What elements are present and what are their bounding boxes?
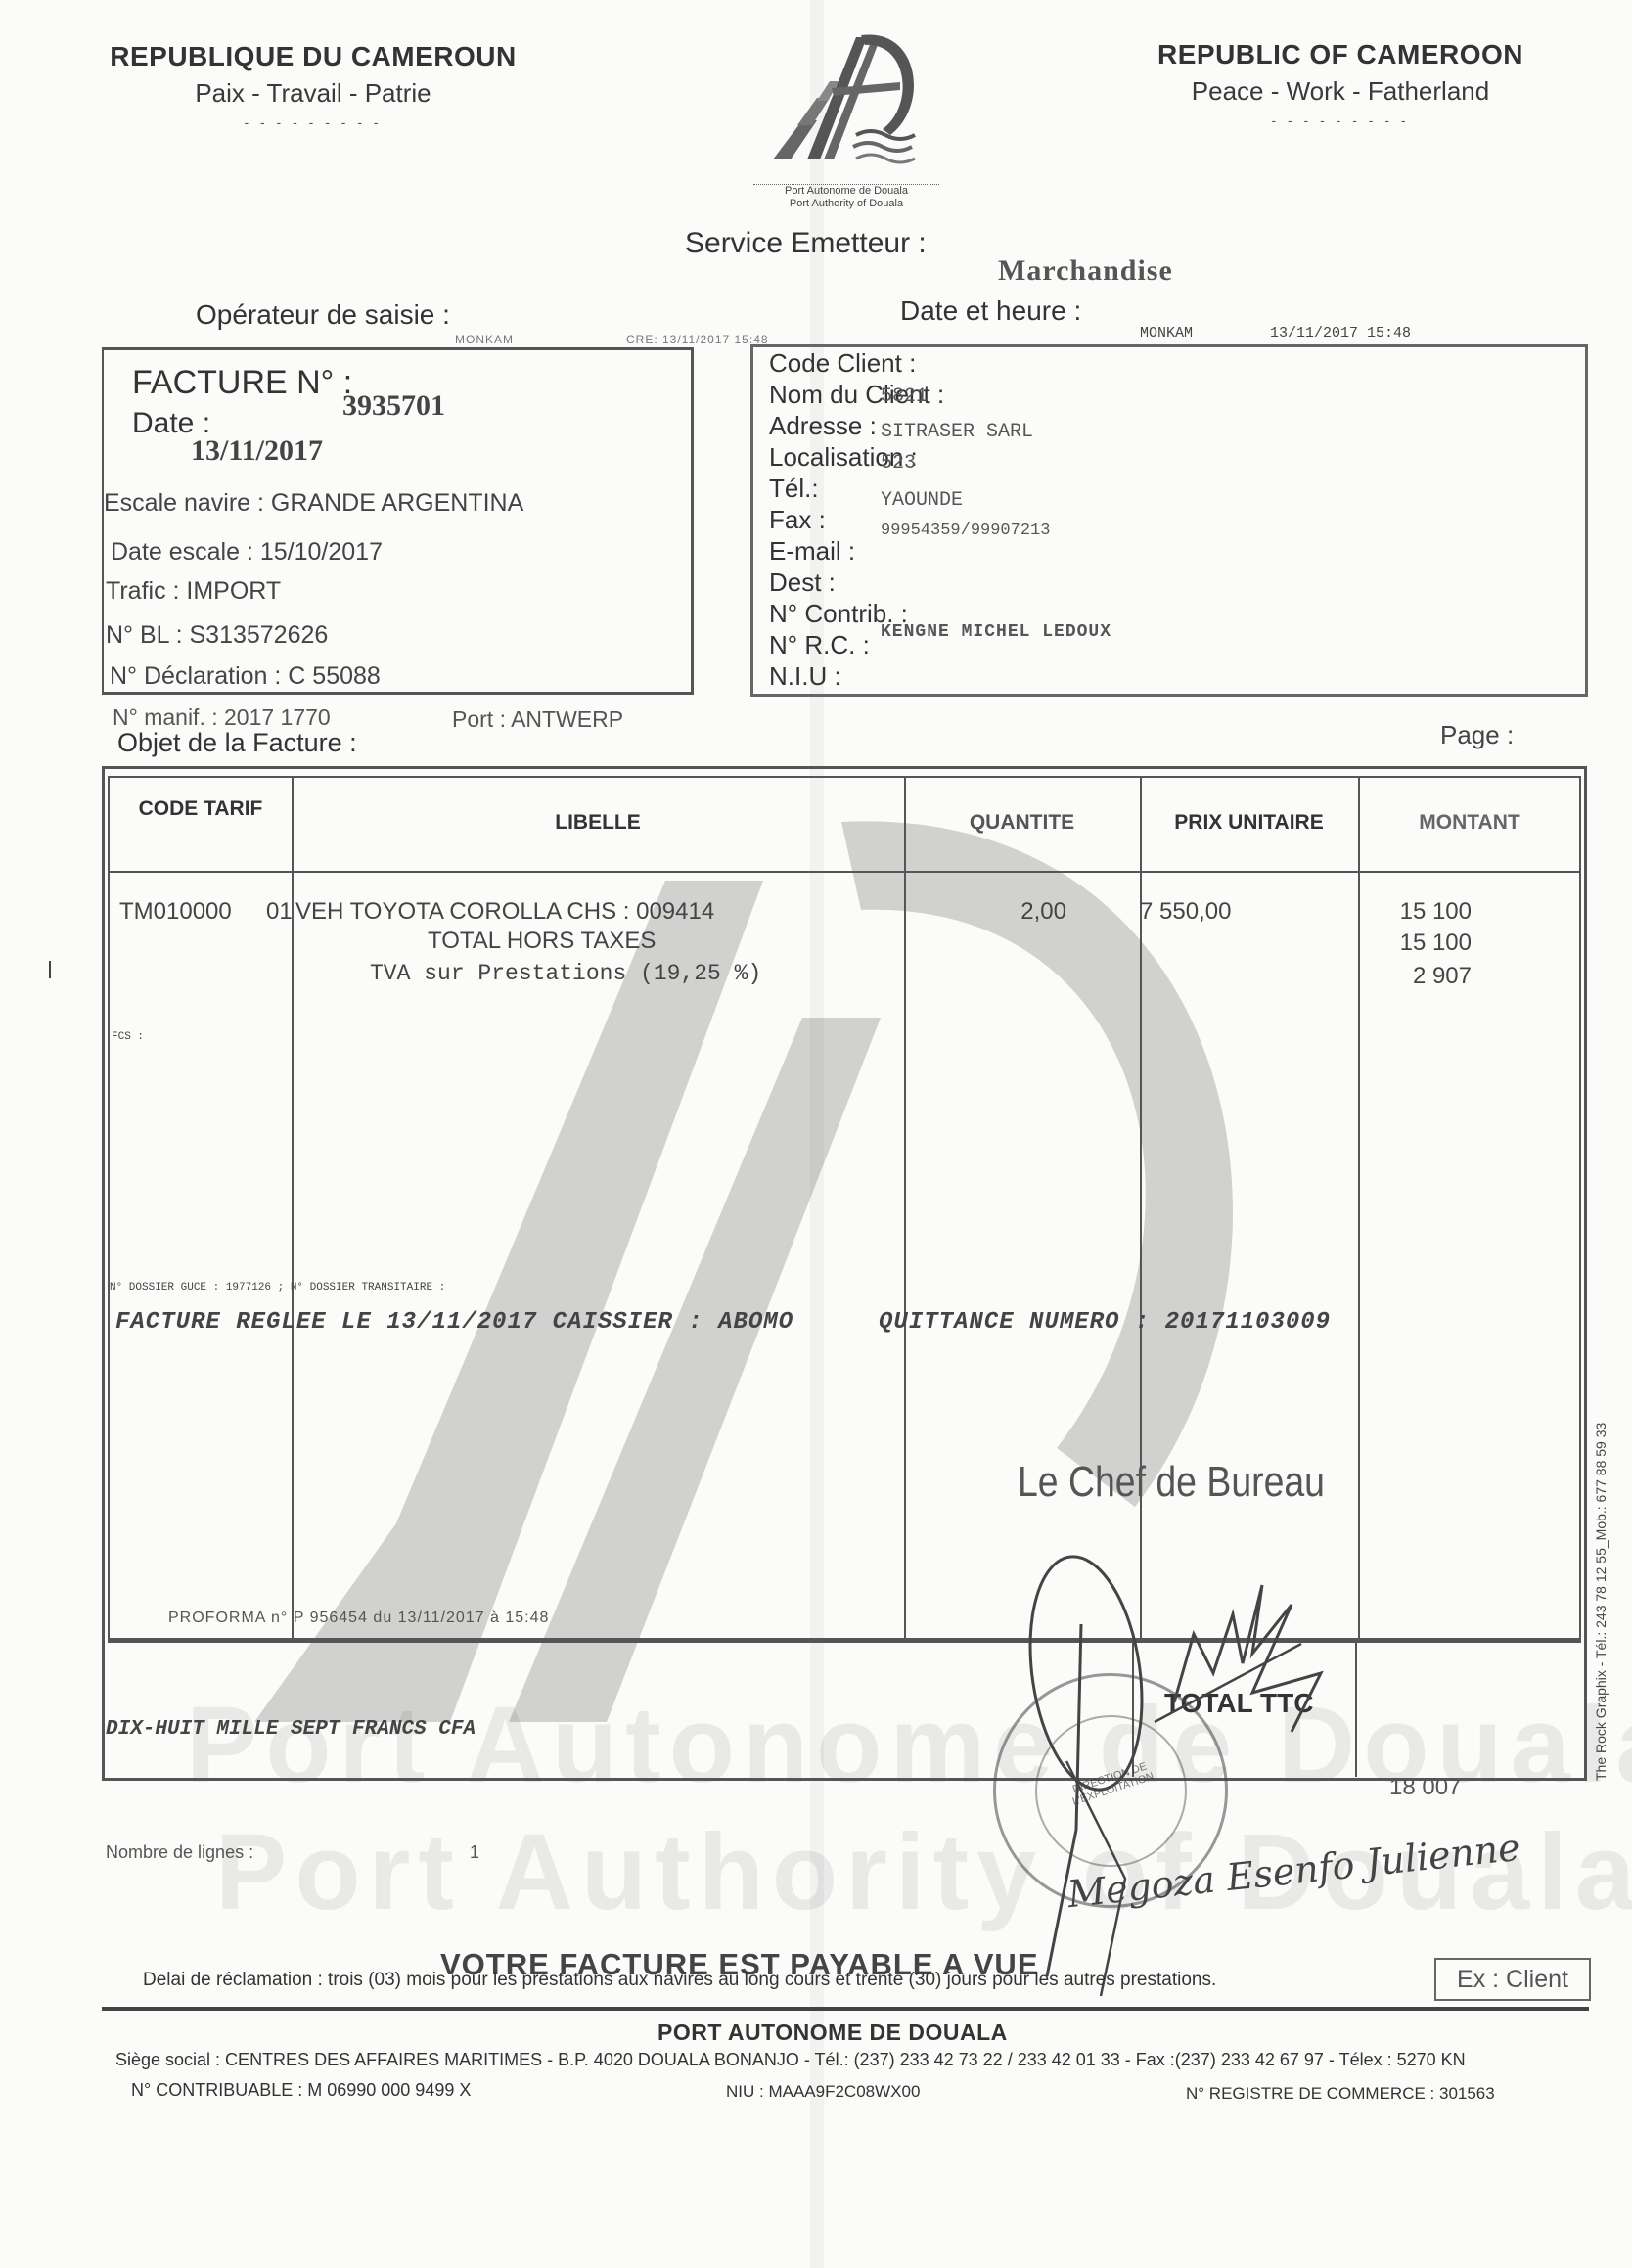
line-count-label: Nombre de lignes : xyxy=(106,1842,253,1863)
subtotal-label: TOTAL HORS TAXES xyxy=(428,928,656,955)
footer-address: Siège social : CENTRES DES AFFAIRES MARI… xyxy=(115,2050,1466,2070)
field-bl-number: N° BL : S313572626 xyxy=(106,621,328,650)
footer-contribuable: N° CONTRIBUABLE : M 06990 000 9499 X xyxy=(131,2080,471,2101)
port-authority-logo: Port Autonome de Douala Port Authority o… xyxy=(753,27,939,208)
table-header-divider xyxy=(108,871,1581,873)
field-trafic: Trafic : IMPORT xyxy=(106,577,281,606)
port-logo-icon xyxy=(763,27,929,179)
page-label: Page : xyxy=(1440,720,1514,750)
header-code-tarif: CODE TARIF xyxy=(110,796,292,822)
datetime-label: Date et heure : xyxy=(900,295,1081,327)
line-count-value: 1 xyxy=(470,1842,479,1863)
cell-subcode: 01 xyxy=(266,898,293,926)
header-montant: MONTANT xyxy=(1358,810,1581,836)
country-title-en: REPUBLIC OF CAMEROON xyxy=(1145,39,1536,70)
col-divider xyxy=(904,776,906,1640)
country-motto-en: Peace - Work - Fatherland xyxy=(1145,76,1536,107)
footer-registre-commerce: N° REGISTRE DE COMMERCE : 301563 xyxy=(1186,2084,1495,2104)
header-left: REPUBLIQUE DU CAMEROUN Paix - Travail - … xyxy=(108,41,519,130)
client-contact: KENGNE MICHEL LEDOUX xyxy=(881,622,1111,642)
field-declaration: N° Déclaration : C 55088 xyxy=(110,662,381,691)
header-prix-unitaire: PRIX UNITAIRE xyxy=(1140,810,1358,836)
invoice-number-label: FACTURE N° : xyxy=(132,364,352,402)
label-fax: Fax : xyxy=(769,505,826,535)
datetime-operator: MONKAM xyxy=(1140,325,1193,341)
operator-creation-stamp: CRE: 13/11/2017 15:48 xyxy=(626,333,769,346)
header-right: REPUBLIC OF CAMEROON Peace - Work - Fath… xyxy=(1145,39,1536,128)
footer-divider xyxy=(102,2007,1589,2011)
client-name: SITRASER SARL xyxy=(881,421,1033,443)
claim-period-notice: Delai de réclamation : trois (03) mois p… xyxy=(143,1970,1216,1991)
total-amount-words: DIX-HUIT MILLE SEPT FRANCS CFA xyxy=(106,1718,476,1741)
client-localisation: YAOUNDE xyxy=(881,489,963,512)
tva-label: TVA sur Prestations (19,25 %) xyxy=(370,961,761,986)
signatory-title: Le Chef de Bureau xyxy=(1018,1458,1325,1507)
operator-label: Opérateur de saisie : xyxy=(196,299,450,331)
country-motto-fr: Paix - Travail - Patrie xyxy=(108,78,519,109)
tva-value: 2 907 xyxy=(1370,963,1472,990)
operator-value: MONKAM xyxy=(455,333,514,346)
copy-type-badge: Ex : Client xyxy=(1434,1958,1591,2001)
cell-code: TM010000 xyxy=(119,898,232,926)
footer-niu: NIU : MAAA9F2C08WX00 xyxy=(726,2082,920,2102)
logo-caption-en: Port Authority of Douala xyxy=(753,198,939,210)
header-libelle: LIBELLE xyxy=(292,810,904,836)
label-dest: Dest : xyxy=(769,567,836,598)
invoice-date: 13/11/2017 xyxy=(191,434,323,468)
invoice-number: 3935701 xyxy=(342,389,445,423)
fcs-label: FCS : xyxy=(112,1031,144,1043)
logo-caption-fr: Port Autonome de Douala xyxy=(753,184,939,198)
client-code: 5821 xyxy=(881,386,928,408)
invoice-object-label: Objet de la Facture : xyxy=(117,728,357,758)
subtotal-value: 15 100 xyxy=(1370,930,1472,957)
receipt-number: QUITTANCE NUMERO : 20171103009 xyxy=(879,1309,1331,1336)
header-divider: - - - - - - - - - xyxy=(108,114,519,130)
cell-libelle: VEH TOYOTA COROLLA CHS : 009414 xyxy=(295,898,714,926)
footer-organization: PORT AUTONOME DE DOUALA xyxy=(657,2019,1008,2046)
label-email: E-mail : xyxy=(769,536,855,567)
dossier-line: N° DOSSIER GUCE : 1977126 ; N° DOSSIER T… xyxy=(110,1282,445,1293)
cell-quantite: 2,00 xyxy=(959,898,1066,926)
client-phone: 99954359/99907213 xyxy=(881,522,1050,540)
field-escale-navire: Escale navire : GRANDE ARGENTINA xyxy=(104,489,523,518)
field-date-escale: Date escale : 15/10/2017 xyxy=(111,538,383,567)
header-quantite: QUANTITE xyxy=(904,810,1140,836)
header-divider: - - - - - - - - - xyxy=(1145,113,1536,128)
proforma-reference: PROFORMA n° P 956454 du 13/11/2017 à 15:… xyxy=(168,1610,549,1627)
cell-montant: 15 100 xyxy=(1370,898,1472,926)
margin-mark xyxy=(49,961,51,978)
printer-credit: The Rock Graphix - Tél.: 243 78 12 55_Mo… xyxy=(1593,1423,1609,1781)
cell-prix-unitaire: 7 550,00 xyxy=(1140,898,1231,926)
service-value: Marchandise xyxy=(998,254,1173,288)
port-of-origin: Port : ANTWERP xyxy=(452,706,623,733)
datetime-value: 13/11/2017 15:48 xyxy=(1270,325,1411,341)
service-label: Service Emetteur : xyxy=(685,227,927,260)
country-title-fr: REPUBLIQUE DU CAMEROUN xyxy=(108,41,519,72)
label-niu: N.I.U : xyxy=(769,661,841,692)
payment-status: FACTURE REGLEE LE 13/11/2017 CAISSIER : … xyxy=(115,1309,793,1336)
label-adresse: Adresse : xyxy=(769,411,877,441)
label-code-client: Code Client : xyxy=(769,348,916,379)
handwritten-signature-icon xyxy=(1008,1507,1419,2016)
client-address: 523 xyxy=(881,452,916,475)
manifest-number: N° manif. : 2017 1770 xyxy=(113,704,331,731)
label-rc: N° R.C. : xyxy=(769,630,870,660)
label-tel: Tél.: xyxy=(769,474,819,504)
